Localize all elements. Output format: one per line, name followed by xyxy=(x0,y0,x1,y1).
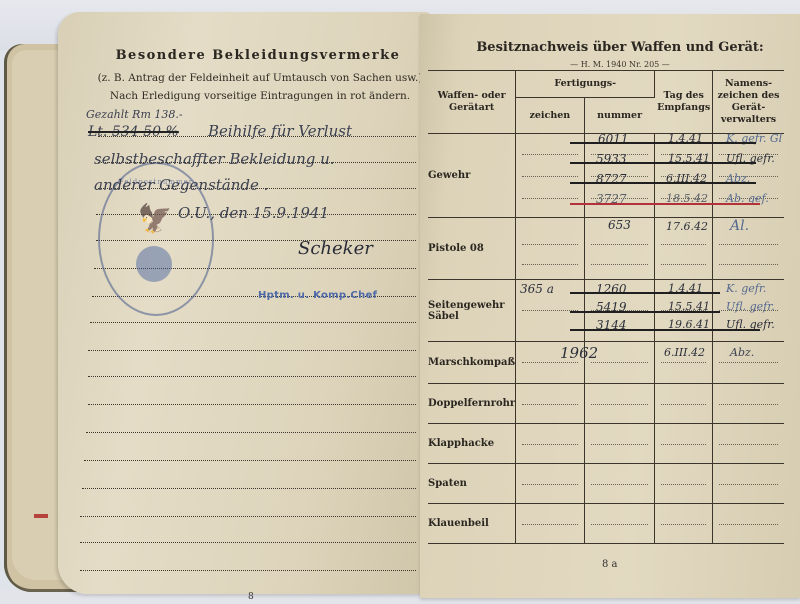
ruled-line xyxy=(88,404,416,405)
cell-sign xyxy=(713,464,784,504)
table-row-klapphacke: Klapphacke xyxy=(428,424,784,464)
right-page-number: 8 a xyxy=(602,559,618,570)
wreath-emblem-icon xyxy=(136,246,172,282)
left-page: Besondere Bekleidungsvermerke (z. B. Ant… xyxy=(58,12,430,594)
ruled-line xyxy=(88,376,416,377)
header-nummer: nummer xyxy=(584,98,655,134)
cell-sign xyxy=(713,504,784,544)
table-row-doppelfernrohr: Doppelfernrohr xyxy=(428,384,784,424)
ruled-line xyxy=(82,488,416,489)
red-mark xyxy=(34,514,48,518)
cell-date xyxy=(655,424,713,464)
entry-nummer: 1962 xyxy=(560,344,598,362)
cell-sign xyxy=(713,384,784,424)
item-label: Seitengewehr Säbel xyxy=(428,280,516,342)
header-zeichen: zeichen xyxy=(516,98,584,134)
right-page-title: Besitznachweis über Waffen und Gerät: xyxy=(440,40,800,55)
strike-line xyxy=(570,142,756,144)
ruled-line xyxy=(84,460,416,461)
cell-zeichen xyxy=(516,424,584,464)
entry-date: 17.6.42 xyxy=(666,220,708,233)
item-label: Spaten xyxy=(428,464,516,504)
item-label: Klapphacke xyxy=(428,424,516,464)
handwritten-line-3: anderer Gegenstände . xyxy=(94,176,268,194)
handwritten-struck-amount: Lt. 534-50 % xyxy=(88,124,179,140)
right-page: Besitznachweis über Waffen und Gerät: — … xyxy=(420,14,800,598)
cell-zeichen xyxy=(516,464,584,504)
ruled-line xyxy=(88,350,416,351)
cell-nummer xyxy=(584,504,655,544)
left-page-subtitle-2: Nach Erledigung vorseitige Eintragungen … xyxy=(94,90,426,102)
entry-sign: K. gefr. xyxy=(726,282,766,295)
cell-nummer xyxy=(584,464,655,504)
cell-date xyxy=(655,504,713,544)
item-label: Marschkompaß xyxy=(428,342,516,384)
ruled-line xyxy=(80,516,416,517)
handwritten-line-0: Gezahlt Rm 138.- xyxy=(86,108,183,121)
ruled-line xyxy=(80,570,416,571)
table-row-klauenbeil: Klauenbeil xyxy=(428,504,784,544)
header-fertigungs: Fertigungs- xyxy=(516,71,655,98)
strike-line xyxy=(570,311,720,313)
entry-sign: Abz. xyxy=(730,346,754,359)
handwritten-line-2: selbstbeschaffter Bekleidung u. xyxy=(94,150,335,168)
strike-line xyxy=(570,162,756,164)
cell-zeichen xyxy=(516,134,584,218)
cell-zeichen xyxy=(516,218,584,280)
header-date-received: Tag des Empfangs xyxy=(655,71,713,134)
table-row-spaten: Spaten xyxy=(428,464,784,504)
ruled-line xyxy=(80,542,416,543)
left-page-title: Besondere Bekleidungsvermerke xyxy=(98,48,418,63)
entry-sign: Al. xyxy=(730,218,749,234)
regulation-reference: — H. M. 1940 Nr. 205 — xyxy=(440,60,800,69)
handwritten-date-line: O.U., den 15.9.1941 xyxy=(178,204,329,222)
cell-date xyxy=(655,464,713,504)
cell-nummer xyxy=(584,384,655,424)
cell-nummer xyxy=(584,424,655,464)
item-label: Klauenbeil xyxy=(428,504,516,544)
cell-date xyxy=(655,384,713,424)
entry-date: 6.III.42 xyxy=(664,346,705,359)
ruled-line xyxy=(90,322,416,323)
handwritten-signature: Scheker xyxy=(298,238,373,259)
red-strike-line xyxy=(570,203,760,205)
entry-nummer: 653 xyxy=(608,218,631,232)
strike-line xyxy=(570,329,760,331)
strike-line xyxy=(570,292,720,294)
strike-line xyxy=(570,182,756,184)
header-administrator-sign: Namens- zeichen des Gerät- verwalters xyxy=(713,71,784,134)
item-label: Pistole 08 xyxy=(428,218,516,280)
ruled-line xyxy=(86,432,416,433)
entry-sign: Ufl. gefr. xyxy=(726,300,775,313)
rank-stamp: Hptm. u. Komp.Chef xyxy=(258,290,377,301)
handwritten-line-1: Beihilfe für Verlust xyxy=(208,122,352,140)
item-label: Gewehr xyxy=(428,134,516,218)
cell-sign xyxy=(713,424,784,464)
left-page-subtitle-1: (z. B. Antrag der Feldeinheit auf Umtaus… xyxy=(94,72,426,84)
cell-zeichen xyxy=(516,504,584,544)
left-page-number: 8 xyxy=(248,592,254,602)
item-label: Doppelfernrohr xyxy=(428,384,516,424)
cell-zeichen xyxy=(516,384,584,424)
entry-zeichen: 365 a xyxy=(520,282,554,296)
header-item-type: Waffen- oder Gerätart xyxy=(428,71,516,134)
